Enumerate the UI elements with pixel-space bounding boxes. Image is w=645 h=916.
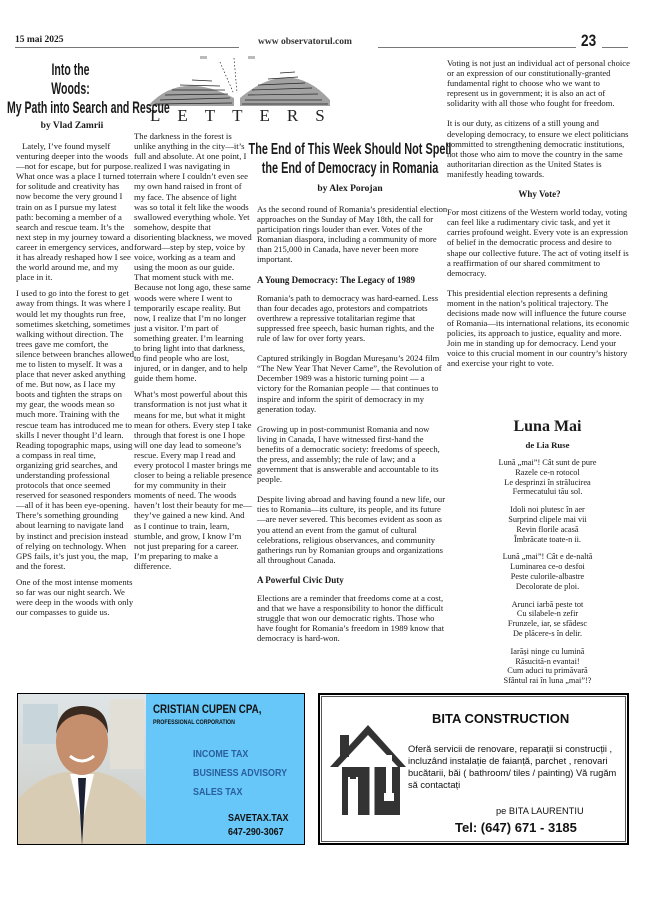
subheading-legacy-1989: A Young Democracy: The Legacy of 1989 (257, 275, 449, 285)
paragraph: Romania’s path to democracy was hard-ear… (257, 293, 449, 343)
bita-title: BITA CONSTRUCTION (432, 711, 569, 726)
cpa-service: BUSINESS ADVISORY (193, 767, 287, 779)
bita-contact-name: pe BITA LAURENTIU (496, 806, 584, 816)
poem-line: Razele ce-n rotocol (455, 468, 640, 478)
poem-line: Lună „mai”! Cât e de-naltă (455, 552, 640, 562)
democracy-column-2: Voting is not just an individual act of … (447, 58, 632, 375)
rescue-headline: Into the Woods: My Path into Search and … (32, 60, 110, 117)
header-rule-right (378, 47, 576, 48)
poem-stanza: Iarăși ninge cu lumină Răsucită-n evanta… (455, 647, 640, 686)
democracy-headline-line2: the End of Democracy in Romania (243, 159, 458, 178)
poem-stanza: Arunci iarbă peste tot Cu silabele-n zef… (455, 600, 640, 639)
subheading-why-vote: Why Vote? (447, 189, 632, 199)
poem-line: Cum aduci tu primăvară (455, 666, 640, 676)
rescue-column-2: The darkness in the forest is unlike any… (134, 131, 252, 577)
bita-description: Oferă servicii de renovare, reparații si… (408, 743, 623, 791)
subheading-civic-duty: A Powerful Civic Duty (257, 575, 449, 585)
cpa-website-link[interactable]: SAVETAX.TAX (228, 812, 289, 824)
advertiser-photo (18, 694, 146, 845)
paragraph: Voting is not just an individual act of … (447, 58, 632, 108)
bita-ad-frame: BITA CONSTRUCTION Oferă servicii de reno… (321, 696, 626, 842)
poem-line: Peste culorile-albastre (455, 572, 640, 582)
poem-line: Le desprinzi în strălucirea (455, 478, 640, 488)
poem-line: Frunzele, iar, se sfădesc (455, 619, 640, 629)
poem-line: Sfântul rai în luna „mai”!? (455, 676, 640, 686)
poem-line: Idoli noi plutesc în aer (455, 505, 640, 515)
person-portrait-icon (18, 694, 146, 845)
poem-line: Luminarea ce-o desfoi (455, 562, 640, 572)
section-title-letters: LETTERS (150, 106, 380, 126)
democracy-headline-line1: The End of This Week Should Not Spell (243, 140, 458, 159)
poem-stanza: Idoli noi plutesc în aer Surprind clipel… (455, 505, 640, 544)
poem-line: Îmbrăcate toate-n ii. (455, 535, 640, 545)
poem-line: Decolorate de ploi. (455, 582, 640, 592)
page-number: 23 (581, 31, 596, 51)
paragraph: One of the most intense moments so far w… (16, 577, 134, 617)
poem-line: Iarăși ninge cu lumină (455, 647, 640, 657)
paragraph: Growing up in post-communist Romania and… (257, 424, 449, 485)
poem-line: Cu silabele-n zefir (455, 609, 640, 619)
bita-advertisement[interactable]: BITA CONSTRUCTION Oferă servicii de reno… (318, 693, 629, 845)
democracy-headline: The End of This Week Should Not Spell th… (252, 140, 448, 178)
rescue-column-1: Lately, I’ve found myself venturing deep… (16, 141, 134, 623)
cpa-service: INCOME TAX (193, 748, 248, 760)
poem-line: Răsucită-n evantai! (455, 657, 640, 667)
poem-line: Arunci iarbă peste tot (455, 600, 640, 610)
rescue-headline-line1: Into the Woods: (32, 60, 110, 98)
paragraph: It is our duty, as citizens of a still y… (447, 118, 632, 179)
cpa-service: SALES TAX (193, 786, 242, 798)
paragraph: This presidential election represents a … (447, 288, 632, 369)
house-tools-icon (328, 715, 408, 825)
cpa-advertisement[interactable]: CRISTIAN CUPEN CPA, PROFESSIONAL CORPORA… (17, 693, 305, 845)
website-link[interactable]: www observatorul.com (258, 37, 352, 47)
poem-line: Revin florile acasă (455, 525, 640, 535)
cpa-phone-number[interactable]: 647-290-3067 (228, 826, 284, 838)
bita-phone-number[interactable]: Tel: (647) 671 - 3185 (455, 820, 577, 835)
paragraph: The darkness in the forest is unlike any… (134, 131, 252, 383)
poem-line: Lună „mai”! Cât sunt de pure (455, 458, 640, 468)
paragraph: For most citizens of the Western world t… (447, 207, 632, 278)
democracy-byline: by Alex Porojan (252, 184, 448, 194)
poem-block: Luna Mai de Lia Ruse Lună „mai”! Cât sun… (455, 418, 640, 686)
poem-stanza: Lună „mai”! Cât sunt de pure Razele ce-n… (455, 458, 640, 497)
paragraph: Despite living abroad and having found a… (257, 494, 449, 565)
poem-stanza: Lună „mai”! Cât e de-naltă Luminarea ce-… (455, 552, 640, 591)
issue-date: 15 mai 2025 (15, 35, 64, 45)
poem-line: Surprind clipele mai vii (455, 515, 640, 525)
poem-line: Fermecatului tău sol. (455, 487, 640, 497)
rescue-byline: by Vlad Zamrii (12, 121, 132, 131)
cpa-firm-corp: PROFESSIONAL CORPORATION (153, 719, 235, 726)
paragraph: What’s most powerful about this transfor… (134, 389, 252, 571)
paragraph: Lately, I’ve found myself venturing deep… (16, 141, 134, 282)
rescue-headline-line2: My Path into Search and Rescue (7, 98, 134, 117)
paragraph: I used to go into the forest to get away… (16, 288, 134, 571)
paragraph: Elections are a reminder that freedoms c… (257, 593, 449, 643)
paragraph: Captured strikingly in Bogdan Mureșanu’s… (257, 353, 449, 414)
poem-author: de Lia Ruse (455, 440, 640, 450)
democracy-column-1: As the second round of Romania’s preside… (257, 204, 449, 649)
poem-line: De plăcere-s în delir. (455, 629, 640, 639)
cpa-firm-name: CRISTIAN CUPEN CPA, (153, 704, 261, 716)
paragraph: As the second round of Romania’s preside… (257, 204, 449, 265)
header-rule-end (602, 47, 628, 48)
poem-title: Luna Mai (455, 418, 640, 436)
